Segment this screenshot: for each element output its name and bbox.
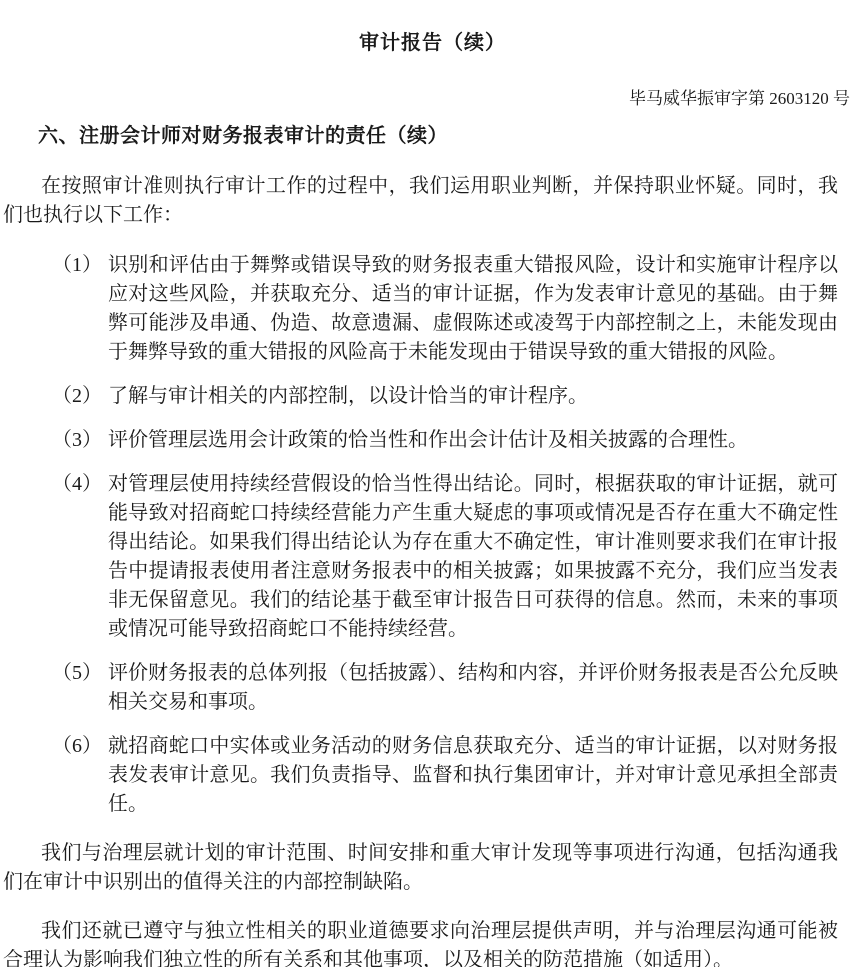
list-item-3-text: 评价管理层选用会计政策的恰当性和作出会计估计及相关披露的合理性。 bbox=[108, 429, 748, 451]
list-item-4-text: 对管理层使用持续经营假设的恰当性得出结论。同时，根据获取的审计证据，就可能导致对… bbox=[108, 473, 838, 640]
list-item-4: （4）对管理层使用持续经营假设的恰当性得出结论。同时，根据获取的审计证据，就可能… bbox=[0, 470, 838, 644]
list-item-1-marker: （1） bbox=[52, 251, 102, 280]
intro-paragraph: 在按照审计准则执行审计工作的过程中，我们运用职业判断，并保持职业怀疑。同时，我们… bbox=[0, 172, 865, 230]
closing-paragraph-2: 我们还就已遵守与独立性相关的职业道德要求向治理层提供声明，并与治理层沟通可能被合… bbox=[0, 917, 865, 967]
list-item-3: （3）评价管理层选用会计政策的恰当性和作出会计估计及相关披露的合理性。 bbox=[0, 426, 838, 455]
list-item-5-text: 评价财务报表的总体列报（包括披露）、结构和内容，并评价财务报表是否公允反映相关交… bbox=[108, 662, 838, 713]
list-item-5: （5）评价财务报表的总体列报（包括披露）、结构和内容，并评价财务报表是否公允反映… bbox=[0, 659, 838, 717]
audit-report-page: 审计报告（续） 毕马威华振审字第 2603120 号 六、注册会计师对财务报表审… bbox=[0, 0, 865, 967]
list-item-6-text: 就招商蛇口中实体或业务活动的财务信息获取充分、适当的审计证据，以对财务报表发表审… bbox=[108, 735, 838, 815]
page-title: 审计报告（续） bbox=[0, 0, 865, 57]
responsibility-list: （1）识别和评估由于舞弊或错误导致的财务报表重大错报风险，设计和实施审计程序以应… bbox=[0, 251, 865, 819]
list-item-4-marker: （4） bbox=[52, 470, 102, 499]
report-number: 毕马威华振审字第 2603120 号 bbox=[0, 88, 865, 109]
list-item-2-text: 了解与审计相关的内部控制，以设计恰当的审计程序。 bbox=[108, 385, 588, 407]
closing-paragraph-1: 我们与治理层就计划的审计范围、时间安排和重大审计发现等事项进行沟通，包括沟通我们… bbox=[0, 839, 865, 897]
list-item-2: （2）了解与审计相关的内部控制，以设计恰当的审计程序。 bbox=[0, 382, 838, 411]
list-item-1-text: 识别和评估由于舞弊或错误导致的财务报表重大错报风险，设计和实施审计程序以应对这些… bbox=[108, 254, 838, 363]
list-item-5-marker: （5） bbox=[52, 659, 102, 688]
list-item-1: （1）识别和评估由于舞弊或错误导致的财务报表重大错报风险，设计和实施审计程序以应… bbox=[0, 251, 838, 367]
section-heading: 六、注册会计师对财务报表审计的责任（续） bbox=[0, 123, 865, 150]
list-item-3-marker: （3） bbox=[52, 426, 102, 455]
list-item-6-marker: （6） bbox=[52, 732, 102, 761]
list-item-6: （6）就招商蛇口中实体或业务活动的财务信息获取充分、适当的审计证据，以对财务报表… bbox=[0, 732, 838, 819]
list-item-2-marker: （2） bbox=[52, 382, 102, 411]
